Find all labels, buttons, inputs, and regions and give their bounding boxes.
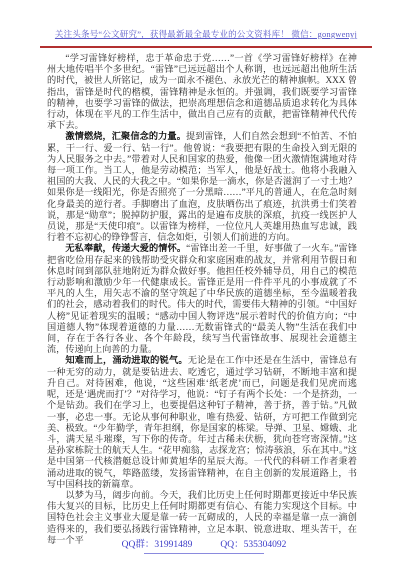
paragraph-text: 提到雷锋，人们自然会想到“不怕苦、不怕累，干一行、爱一行、钻一行”。他曾说：“我… [47, 131, 357, 242]
paragraph-text: 无论是在工作中还是在生活中，雷锋总有一种无穷的动力，就是要钻进去、吃透它，通过学… [47, 355, 357, 488]
promo-banner-text[interactable]: 关注头条号“公文研究”，获得最新最全最专业的公文资料库！ 微信：gongweny… [55, 29, 357, 39]
paragraph: 激情燃烧，汇聚信念的力量。提到雷锋，人们自然会想到“不怕苦、不怕累，干一行、爱一… [47, 131, 357, 243]
paragraph-text: “雷锋出差一千里，好事做了一火车。”雷锋把省吃俭用存起来的钱帮助受灾群众和家庭困… [47, 243, 357, 354]
document-page: 关注头条号“公文研究”，获得最新最全最专业的公文资料库！ 微信：gongweny… [0, 0, 408, 580]
paragraph: “学习雷锋好榜样，忠于革命忠于党……”一首《学习雷锋好榜样》在神州大地传唱半个多… [47, 53, 357, 131]
footer-contact: QQ群：31991489QQ：535304092 [0, 536, 408, 554]
paragraph-lead: 激情燃烧，汇聚信念的力量。 [65, 131, 186, 141]
paragraph-text: “学习雷锋好榜样，忠于革命忠于党……”一首《学习雷锋好榜样》在神州大地传唱半个多… [47, 53, 357, 130]
paragraph: 知难而上，涌动进取的锐气。无论是在工作中还是在生活中，雷锋总有一种无穷的动力，就… [47, 355, 357, 489]
paragraph-lead: 无私奉献，传递大爱的情怀。 [65, 243, 186, 253]
document-body: “学习雷锋好榜样，忠于革命忠于党……”一首《学习雷锋好榜样》在神州大地传唱半个多… [47, 53, 357, 546]
paragraph-lead: 知难而上，涌动进取的锐气。 [65, 355, 187, 365]
footer-qq: QQ：535304092 [220, 540, 286, 550]
paragraph: 无私奉献，传递大爱的情怀。“雷锋出差一千里，好事做了一火车。”雷锋把省吃俭用存起… [47, 243, 357, 355]
promo-banner: 关注头条号“公文研究”，获得最新最全最专业的公文资料库！ 微信：gongweny… [40, 24, 372, 48]
footer-qq-group: QQ群：31991489 [122, 540, 193, 550]
footer-divider [144, 553, 264, 554]
